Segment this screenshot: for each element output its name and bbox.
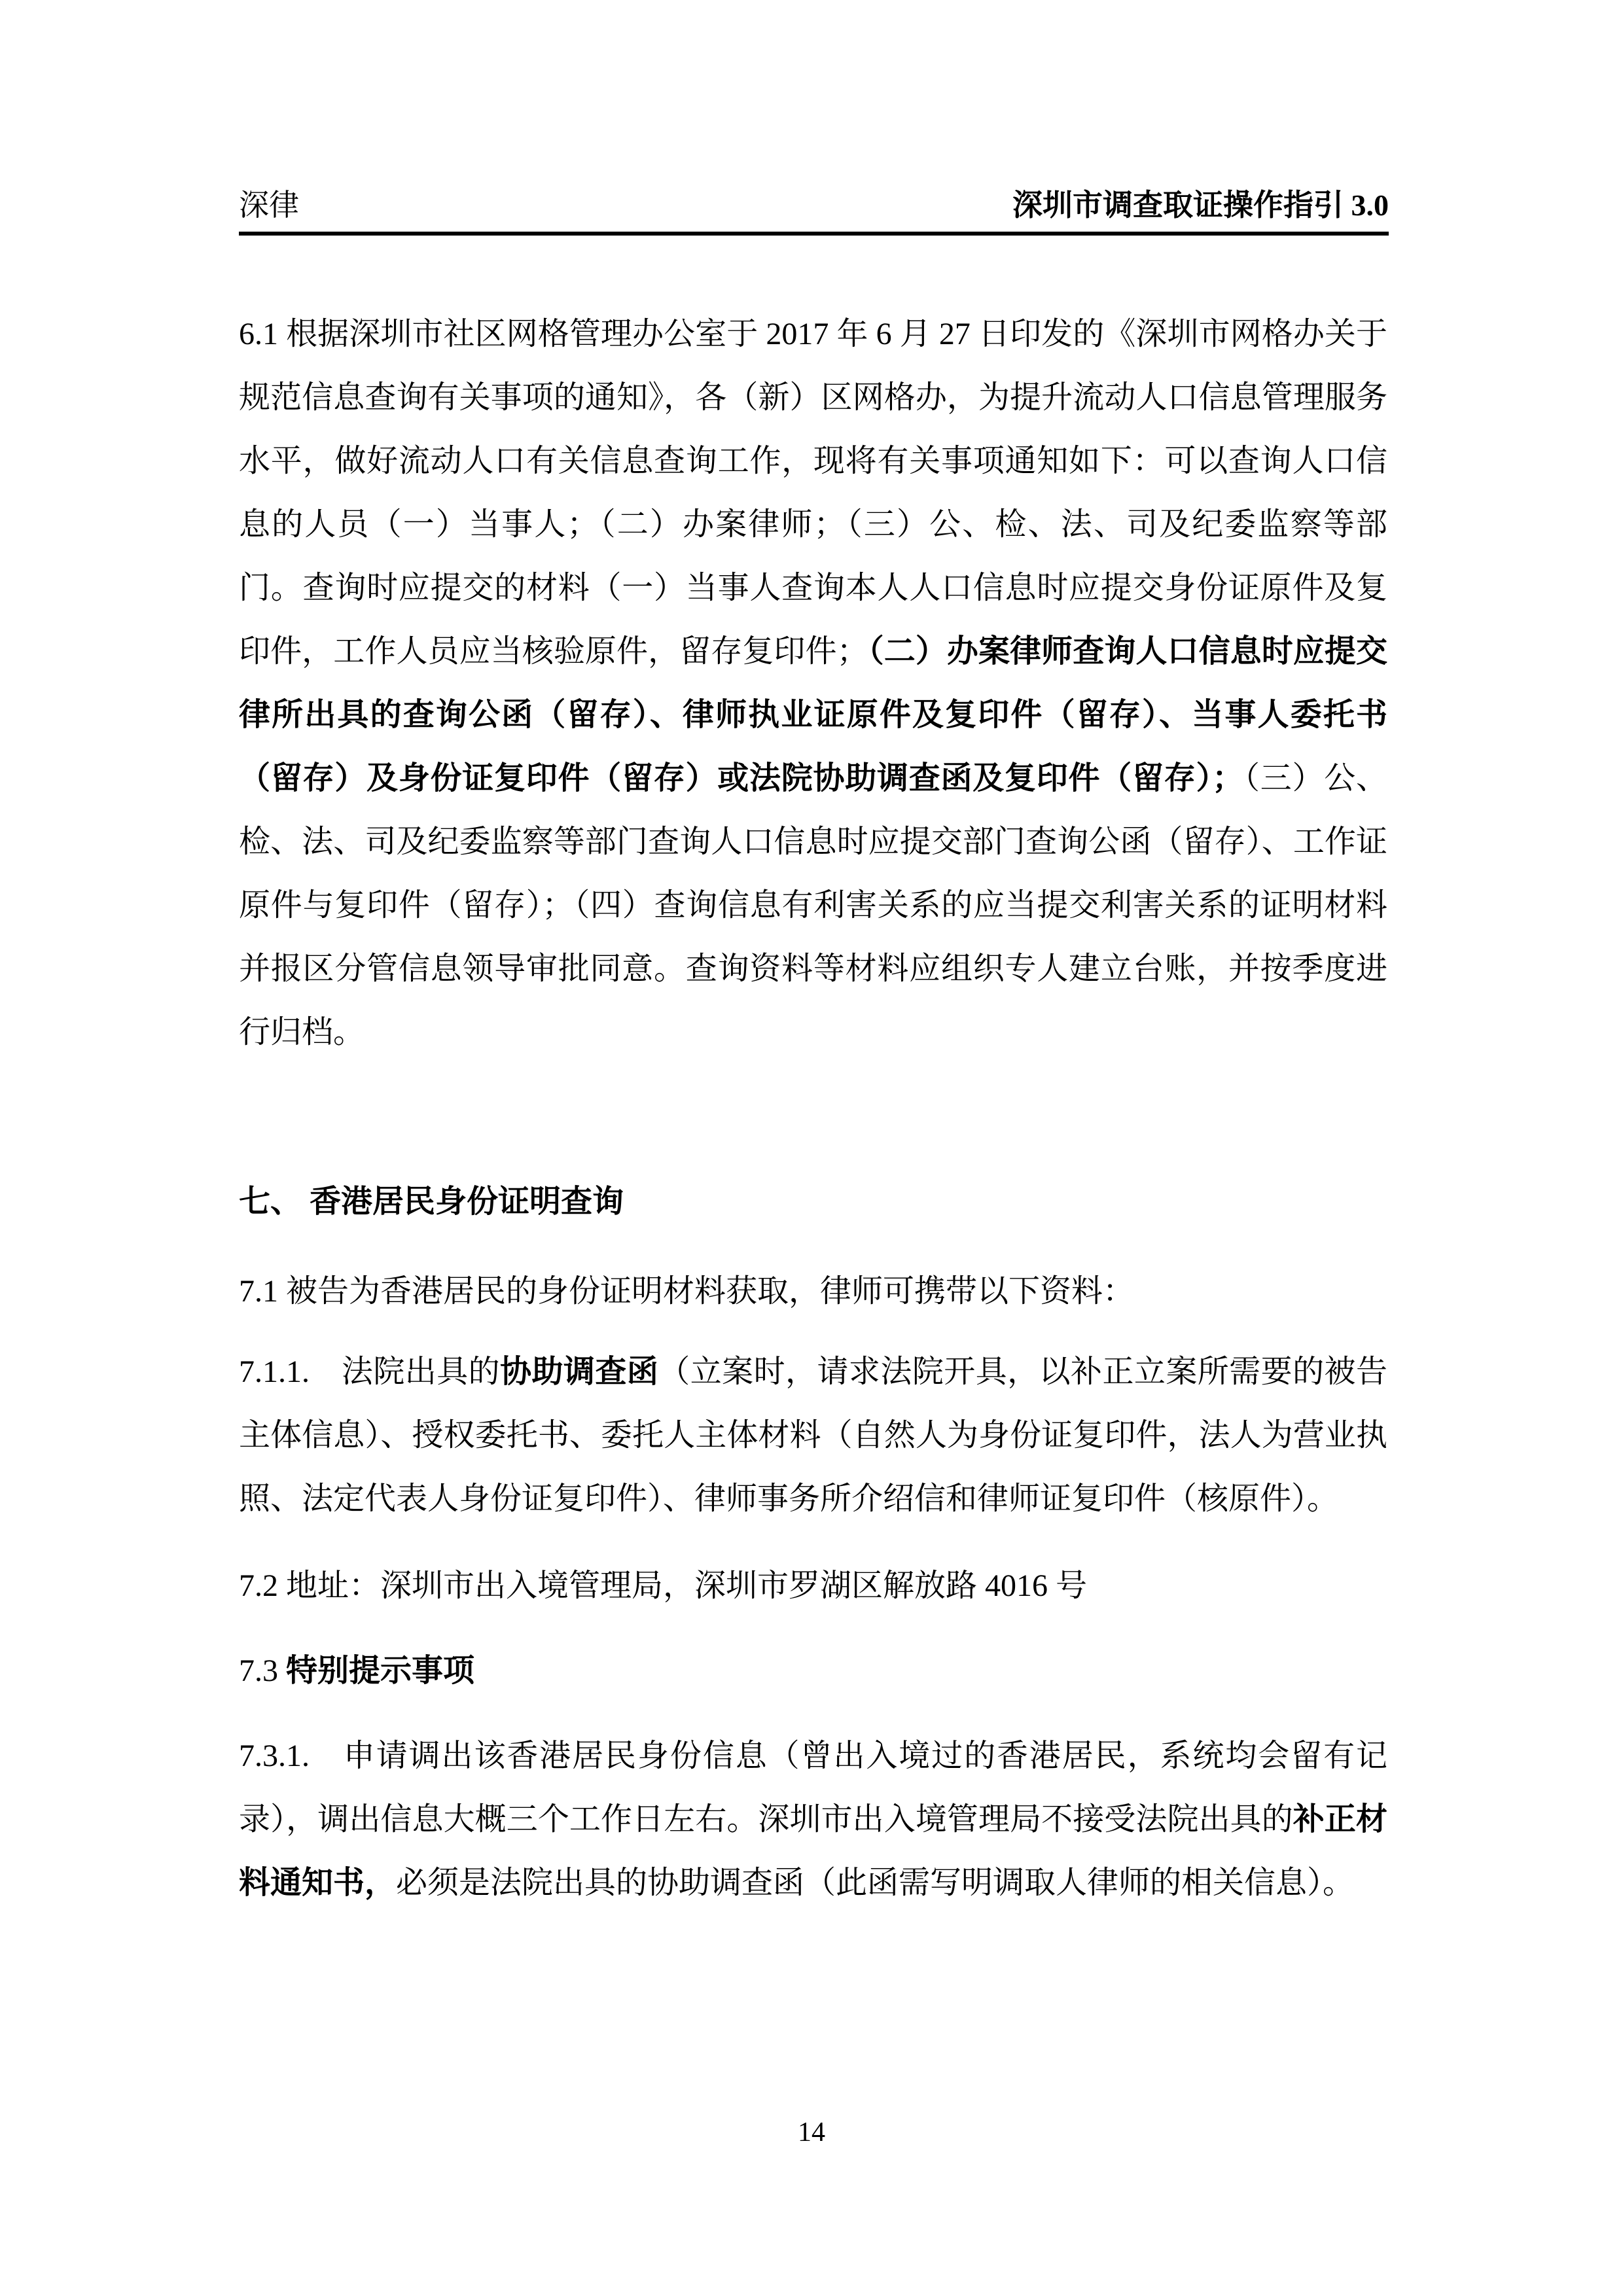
text-run: 必须是法院出具的协助调查函（此函需写明调取人律师的相关信息）。: [396, 1865, 1354, 1900]
bold-text-run: 特别提示事项: [286, 1653, 474, 1688]
document-body: 6.1 根据深圳市社区网格管理办公室于 2017 年 6 月 27 日印发的《深…: [239, 302, 1387, 1915]
text-run: 7.3.1. 申请调出该香港居民身份信息（曾出入境过的香港居民，系统均会留有记录…: [239, 1739, 1387, 1837]
paragraph-7-2: 7.2 地址：深圳市出入境管理局，深圳市罗湖区解放路 4016 号: [239, 1554, 1387, 1617]
page-header: 深律 深圳市调查取证操作指引 3.0: [239, 188, 1389, 236]
bold-text-run: 协助调查函: [500, 1354, 658, 1389]
text-run: 7.2 地址：深圳市出入境管理局，深圳市罗湖区解放路 4016 号: [239, 1568, 1087, 1603]
bold-text-run: 七、 香港居民身份证明查询: [239, 1184, 624, 1219]
paragraph-7-3-1: 7.3.1. 申请调出该香港居民身份信息（曾出入境过的香港居民，系统均会留有记录…: [239, 1724, 1387, 1915]
paragraph-7-1-1: 7.1.1. 法院出具的协助调查函（立案时，请求法院开具，以补正立案所需要的被告…: [239, 1340, 1387, 1530]
page-number: 14: [798, 2117, 825, 2147]
section-heading-7: 七、 香港居民身份证明查询: [239, 1170, 1387, 1233]
header-title: 深圳市调查取证操作指引 3.0: [1012, 188, 1389, 223]
page-footer: 14: [0, 2116, 1623, 2149]
paragraph-7-1: 7.1 被告为香港居民的身份证明材料获取，律师可携带以下资料：: [239, 1260, 1387, 1323]
text-run: （三）公、检、法、司及纪委监察等部门查询人口信息时应提交部门查询公函（留存）、工…: [239, 761, 1387, 1050]
text-run: 7.3: [239, 1653, 286, 1688]
document-page: 深律 深圳市调查取证操作指引 3.0 6.1 根据深圳市社区网格管理办公室于 2…: [0, 0, 1623, 2296]
paragraph-6-1: 6.1 根据深圳市社区网格管理办公室于 2017 年 6 月 27 日印发的《深…: [239, 302, 1387, 1064]
header-logo: 深律: [239, 188, 299, 223]
text-run: 7.1 被告为香港居民的身份证明材料获取，律师可携带以下资料：: [239, 1274, 1134, 1309]
text-run: 7.1.1. 法院出具的: [239, 1354, 500, 1389]
paragraph-7-3: 7.3 特别提示事项: [239, 1639, 1387, 1703]
text-run: 6.1 根据深圳市社区网格管理办公室于 2017 年 6 月 27 日印发的《深…: [239, 317, 1387, 669]
